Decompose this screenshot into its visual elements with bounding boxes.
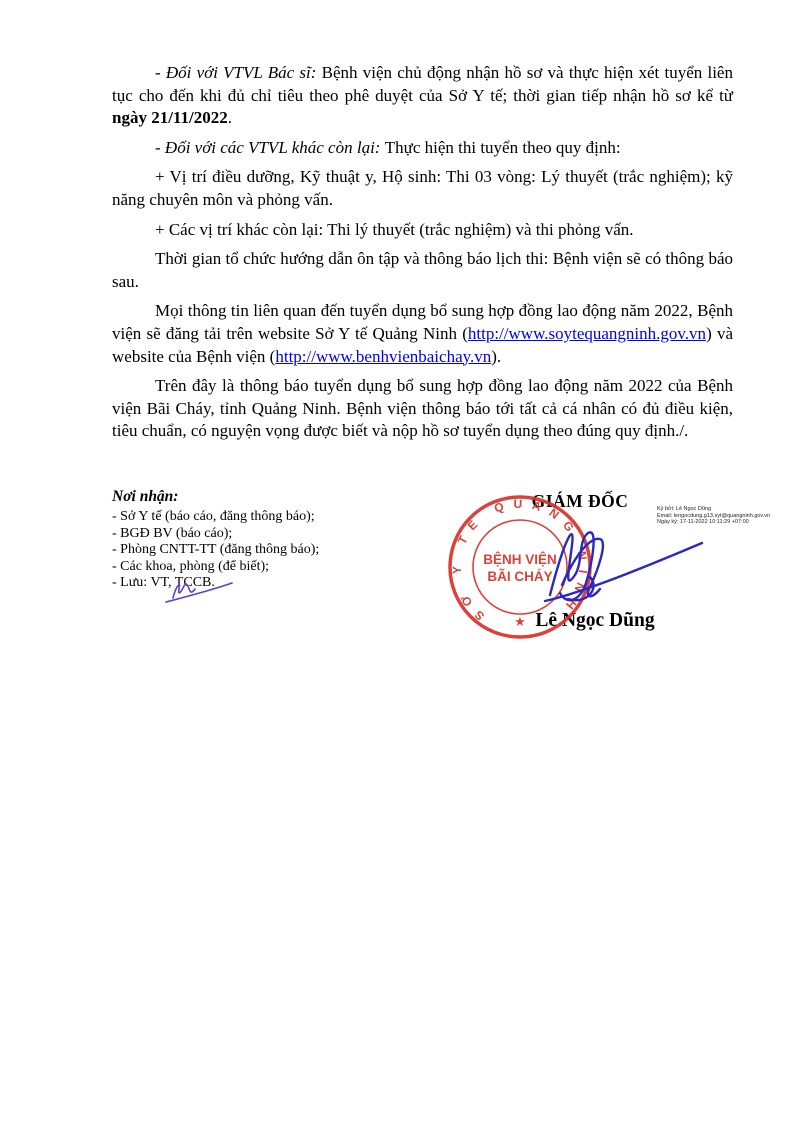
paragraph: Trên đây là thông báo tuyển dụng bổ sung…: [112, 375, 733, 443]
recipients-header: Nơi nhận:: [112, 488, 412, 506]
handwritten-signature-icon: [520, 515, 710, 610]
paragraph: Thời gian tổ chức hướng dẫn ôn tập và th…: [112, 248, 733, 293]
paragraph: + Vị trí điều dưỡng, Kỹ thuật y, Hộ sinh…: [112, 166, 733, 211]
text-segment: + Các vị trí khác còn lại: Thi lý thuyết…: [155, 220, 634, 239]
text-segment: Thực hiện thi tuyển theo quy định:: [385, 138, 621, 157]
text-segment: Trên đây là thông báo tuyển dụng bổ sung…: [112, 376, 733, 440]
paragraph: + Các vị trí khác còn lại: Thi lý thuyết…: [112, 219, 733, 242]
text-segment: - Đối với VTVL Bác sĩ:: [155, 63, 322, 82]
text-segment: ).: [491, 347, 501, 366]
recipient-item: - Phòng CNTT-TT (đăng thông báo);: [112, 542, 412, 559]
hyperlink[interactable]: http://www.benhvienbaichay.vn: [275, 347, 491, 366]
document-page: - Đối với VTVL Bác sĩ: Bệnh viện chủ độn…: [0, 0, 800, 1131]
paragraph: - Đối với VTVL Bác sĩ: Bệnh viện chủ độn…: [112, 62, 733, 130]
digital-signature-block: Ký bởi: Lê Ngọc Dũng Email: lengocdung.g…: [657, 506, 787, 526]
stamp-star-icon: ★: [514, 614, 526, 629]
text-segment: Thời gian tổ chức hướng dẫn ôn tập và th…: [112, 249, 733, 291]
paragraph: Mọi thông tin liên quan đến tuyển dụng b…: [112, 300, 733, 368]
text-segment: ngày 21/11/2022: [112, 108, 228, 127]
recipients-list: - Sở Y tế (báo cáo, đăng thông báo);- BG…: [112, 509, 412, 592]
text-segment: - Đối với các VTVL khác còn lại:: [155, 138, 385, 157]
text-segment: + Vị trí điều dưỡng, Kỹ thuật y, Hộ sinh…: [112, 167, 733, 209]
document-body: - Đối với VTVL Bác sĩ: Bệnh viện chủ độn…: [112, 62, 733, 450]
digital-sig-date: Ngày ký: 17-11-2022 10:11:29 +07:00: [657, 519, 787, 526]
hyperlink[interactable]: http://www.soytequangninh.gov.vn: [468, 324, 706, 343]
text-segment: .: [228, 108, 232, 127]
handwritten-initial-icon: [163, 578, 235, 606]
recipients-block: Nơi nhận: - Sở Y tế (báo cáo, đăng thông…: [112, 488, 412, 592]
recipient-item: - BGĐ BV (báo cáo);: [112, 526, 412, 543]
recipient-item: - Các khoa, phòng (để biết);: [112, 559, 412, 576]
digital-sig-signer: Ký bởi: Lê Ngọc Dũng: [657, 506, 787, 513]
recipient-item: - Lưu: VT, TCCB.: [112, 575, 412, 592]
digital-sig-email: Email: lengocdung.g13.syt@quangninh.gov.…: [657, 513, 787, 520]
paragraph: - Đối với các VTVL khác còn lại: Thực hi…: [112, 137, 733, 160]
recipient-item: - Sở Y tế (báo cáo, đăng thông báo);: [112, 509, 412, 526]
